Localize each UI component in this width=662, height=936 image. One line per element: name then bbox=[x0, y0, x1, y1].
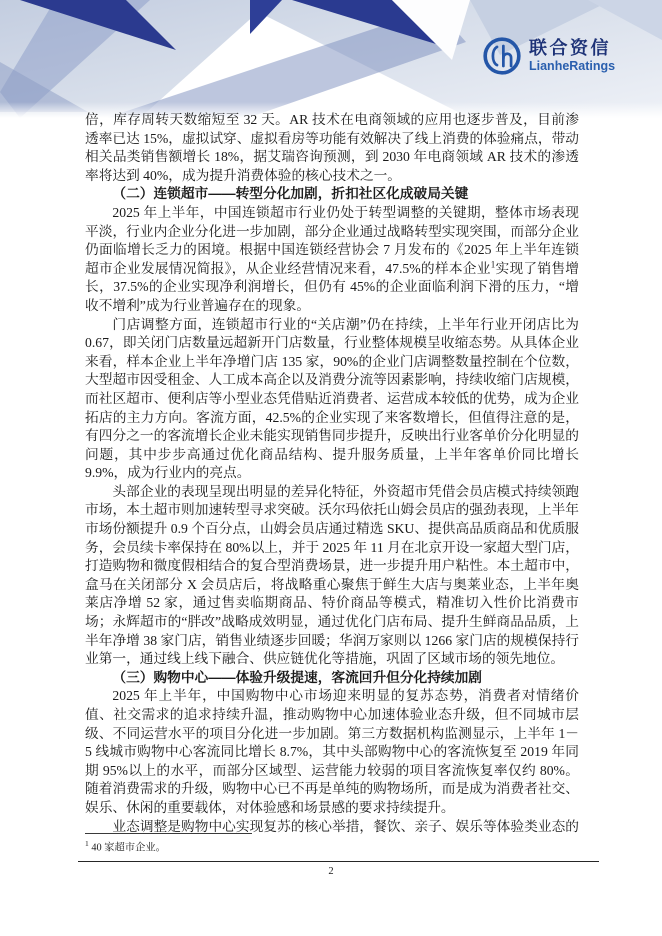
footnote-text: 40 家超市企业。 bbox=[91, 842, 166, 853]
paragraph: 门店调整方面，连锁超市行业的“关店潮”仍在持续，上半年行业开闭店比为 0.67，… bbox=[85, 316, 579, 483]
footnote-area: 1 40 家超市企业。 bbox=[85, 833, 579, 854]
paragraph: 倍，库存周转天数缩短至 32 天。AR 技术在电商领域的应用也逐步普及，目前渗透… bbox=[85, 111, 579, 185]
section-heading: （三）购物中心——体验升级提速，客流回升但分化持续加剧 bbox=[85, 669, 579, 688]
footnote-divider bbox=[85, 833, 252, 834]
paragraph: 头部企业的表现呈现出明显的差异化特征，外资超市凭借会员店模式持续领跑市场，本土超… bbox=[85, 483, 579, 669]
section-heading: （二）连锁超市——转型分化加剧，折扣社区化成破局关键 bbox=[85, 185, 579, 204]
document-body: 倍，库存周转天数缩短至 32 天。AR 技术在电商领域的应用也逐步普及，目前渗透… bbox=[85, 111, 579, 837]
brand-logo-text: 联合资信 LianheRatings bbox=[529, 39, 615, 73]
page-number: 2 bbox=[0, 866, 662, 877]
footnote-marker: 1 bbox=[85, 839, 89, 848]
brand-logo: 联合资信 LianheRatings bbox=[482, 36, 615, 76]
brand-name-cn: 联合资信 bbox=[529, 39, 615, 57]
footnote: 1 40 家超市企业。 bbox=[85, 837, 579, 854]
paragraph: 2025 年上半年，中国购物中心市场迎来明显的复苏态势，消费者对情绪价值、社交需… bbox=[85, 687, 579, 817]
lianhe-ratings-logo-icon bbox=[482, 36, 522, 76]
paragraph: 2025 年上半年，中国连锁超市行业仍处于转型调整的关键期，整体市场表现平淡，行… bbox=[85, 204, 579, 316]
brand-name-en: LianheRatings bbox=[529, 60, 615, 73]
document-page: 联合资信 LianheRatings 倍，库存周转天数缩短至 32 天。AR 技… bbox=[0, 0, 662, 936]
footer-divider bbox=[78, 861, 599, 862]
